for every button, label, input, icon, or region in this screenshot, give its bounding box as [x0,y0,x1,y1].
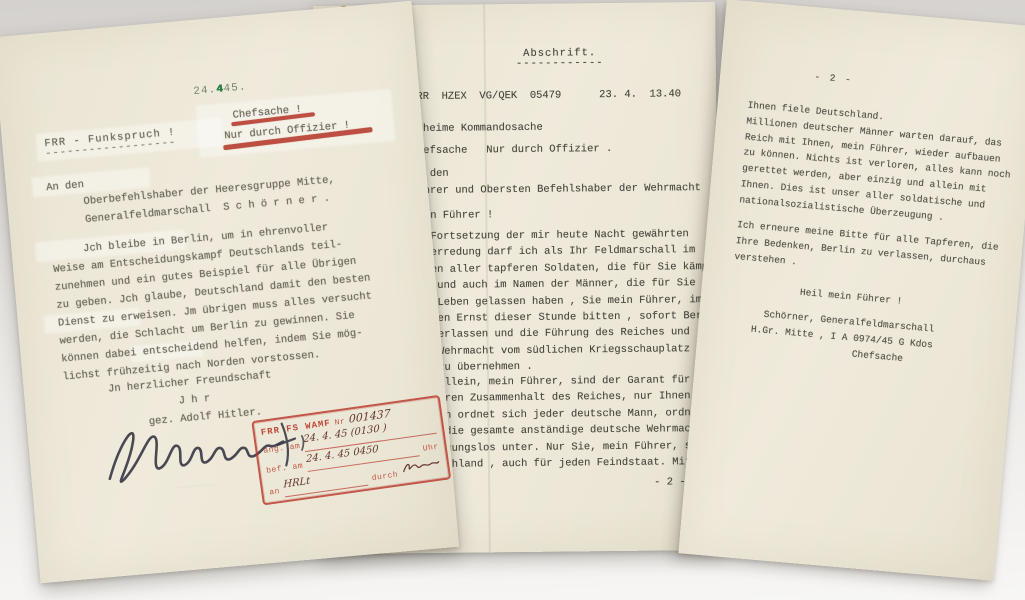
stamp-durch-label: durch [371,470,399,483]
page-number: - 2 - [654,474,686,491]
photo-background: Abschrift. ------------ FRR HZEX VG/QEK … [0,0,1025,600]
reference-line: FRR HZEX VG/QEK 05479 23. 4. 13.40 [410,86,681,105]
recipient-line: Führer und Obersten Befehlshaber der Weh… [411,180,701,199]
stamp-to-label: an [269,487,281,497]
page-number: - 2 - [814,69,854,88]
body-paragraph: Jch bleibe in Berlin, um in ehrenvollerW… [51,216,377,387]
document-left: 24.445. Chefsache ! Nur durch Offizier !… [0,1,459,584]
stamp-to-value: HRLt [283,476,310,491]
date-year: 45. [223,81,247,95]
salutation: An den [45,176,84,197]
stamp-forwarded-label: bef. am [266,462,304,476]
date-line: 24.445. [193,81,247,98]
body-paragraph-1: Ihnen fiele Deutschland.Millionen deutsc… [739,98,1016,232]
body-paragraph-2: Ich erneure meine Bitte für alle Tapfere… [734,217,999,287]
closing-block: Heil mein Führer ! Schörner, Generalfeld… [726,279,937,369]
body-paragraph-1: In Fortsetzung der mir heute Nacht gewäh… [411,226,721,377]
document-right: - 2 - Ihnen fiele Deutschland.Millionen … [678,0,1025,581]
date-day: 24. [193,84,217,98]
classification-geheime: Geheime Kommandosache [410,120,542,138]
stamp-time-unit: Uhr [422,443,439,454]
body-paragraph-2: Sie allein, mein Führer, sind der Garant… [413,372,716,474]
copy-title-underline: ------------ [410,54,710,74]
classification-chefsache: Chefsache Nur durch Offizier . [411,141,613,160]
stamp-received-label: ang. am [263,441,301,455]
